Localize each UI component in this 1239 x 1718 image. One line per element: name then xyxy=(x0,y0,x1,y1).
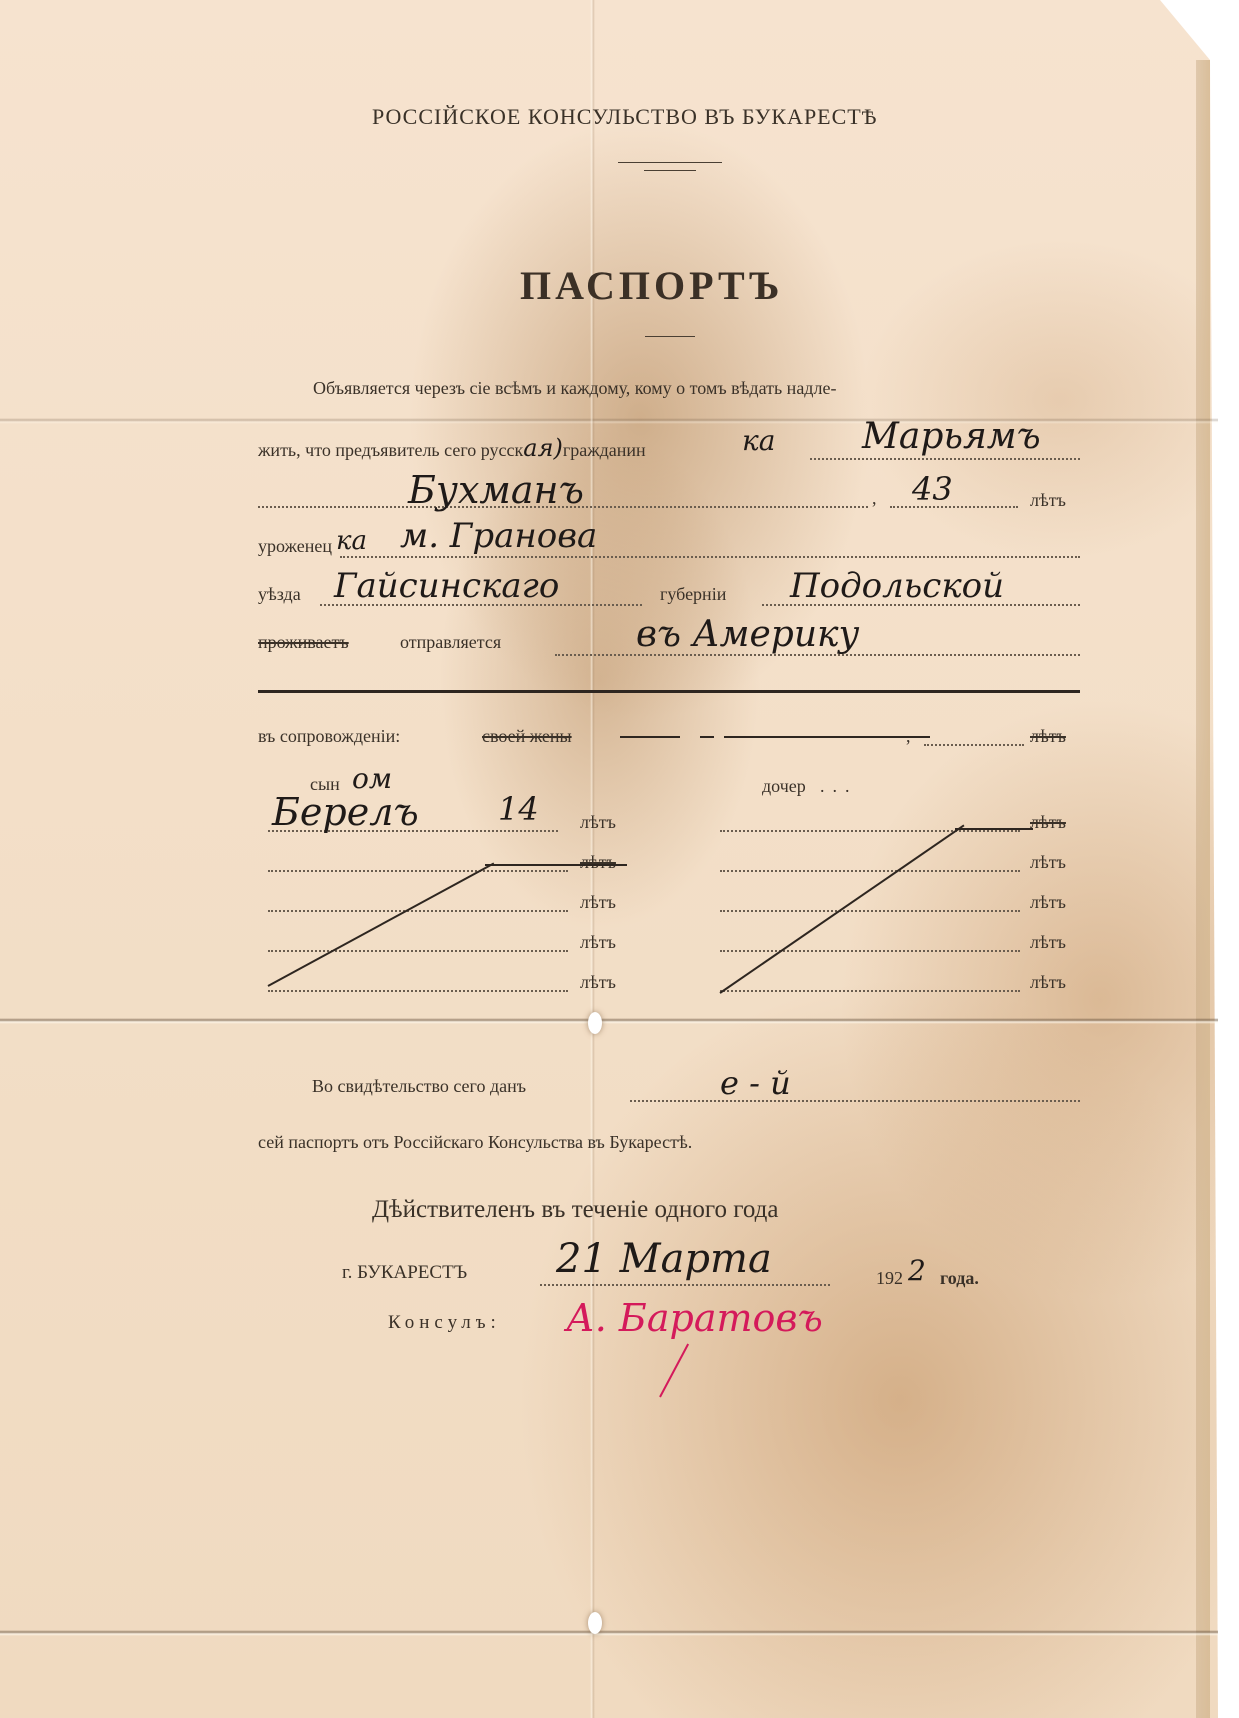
daughter-age-unit: лѣтъ xyxy=(1030,812,1066,833)
fold-hole-lower xyxy=(588,1612,602,1634)
year-prefix: 192 xyxy=(876,1268,903,1289)
comma: , xyxy=(906,726,911,747)
son-age-unit: лѣтъ xyxy=(580,892,616,913)
sons-cancel-line-top xyxy=(485,864,627,866)
comma: , xyxy=(872,488,877,509)
daughter-row-line xyxy=(720,830,1020,832)
daughter-age-unit: лѣтъ xyxy=(1030,972,1066,993)
age-unit: лѣтъ xyxy=(1030,490,1066,511)
gubernia-label: губерніи xyxy=(660,584,726,605)
bearer-gender-suffix: ка xyxy=(742,424,775,457)
wife-struck: своей жены xyxy=(482,726,572,747)
wife-age-unit: лѣтъ xyxy=(1030,726,1066,747)
daughter-row-line xyxy=(720,910,1020,912)
header-rule xyxy=(618,162,722,163)
citizen-suffix: ая) xyxy=(523,434,563,462)
native-place: м. Гранова xyxy=(400,516,597,556)
uezd-label: уѣзда xyxy=(258,584,301,605)
place: г. БУКАРЕСТЪ xyxy=(342,1262,467,1284)
consulate-header: РОССІЙСКОЕ КОНСУЛЬСТВО ВЪ БУКАРЕСТѢ xyxy=(372,104,878,130)
header-rule-short xyxy=(644,170,696,171)
gubernia-value: Подольской xyxy=(790,566,1004,606)
consul-signature: А. Баратовъ xyxy=(566,1296,823,1340)
intro-line-2-text: жить, что предъявитель сего русск xyxy=(258,440,523,460)
son-age-unit: лѣтъ xyxy=(580,812,616,833)
attestation-field-line xyxy=(630,1100,1080,1102)
first-name-field-line xyxy=(810,458,1080,460)
document-title: ПАСПОРТЪ xyxy=(520,262,783,309)
uezd-value: Гайсинскаго xyxy=(334,566,559,606)
fold-hole xyxy=(588,1012,602,1034)
intro-line-1: Объявляется черезъ сіе всѣмъ и каждому, … xyxy=(313,378,836,399)
son-row-line xyxy=(268,950,568,952)
date-field-line xyxy=(540,1284,830,1286)
daughter-row-line xyxy=(720,950,1020,952)
native-suffix: ка xyxy=(336,526,367,556)
consul-label: Консулъ: xyxy=(388,1312,501,1334)
son-age-unit: лѣтъ xyxy=(580,932,616,953)
horizontal-fold-lower xyxy=(0,1630,1218,1636)
age-field-line xyxy=(890,506,1018,508)
daughter-age-unit: лѣтъ xyxy=(1030,932,1066,953)
intro-line-2-b: гражданин xyxy=(563,440,646,460)
bearer-age: 43 xyxy=(912,470,953,508)
bearer-last-name: Бухманъ xyxy=(408,468,584,512)
wife-dash xyxy=(620,736,680,738)
year-digit: 2 xyxy=(908,1254,926,1287)
son-row-line xyxy=(268,870,568,872)
son-row-line xyxy=(268,910,568,912)
son-age-unit: лѣтъ xyxy=(580,852,616,873)
year-suffix: года. xyxy=(940,1268,979,1289)
son-name: Берелъ xyxy=(272,790,419,834)
daughter-age-unit: лѣтъ xyxy=(1030,892,1066,913)
departs-label: отправляется xyxy=(400,632,501,653)
daughter-row-line xyxy=(720,990,1020,992)
native-field-line xyxy=(340,556,1080,558)
daughter-label: дочер xyxy=(762,776,806,797)
son-age-unit: лѣтъ xyxy=(580,972,616,993)
wife-age-field-line xyxy=(924,744,1024,746)
validity-statement: Дѣйствителенъ въ теченіе одного года xyxy=(372,1196,778,1224)
wife-dash-2 xyxy=(700,736,714,738)
intro-line-2: жить, что предъявитель сего русская)граж… xyxy=(258,434,646,462)
daughters-cancel-line-top xyxy=(955,828,1033,830)
accompaniment-label: въ сопровожденіи: xyxy=(258,726,400,747)
daughter-row-line xyxy=(720,870,1020,872)
title-rule xyxy=(645,336,695,337)
wife-dash-3 xyxy=(724,736,930,738)
attestation-handwritten: е - й xyxy=(720,1064,791,1102)
daughter-age-unit: лѣтъ xyxy=(1030,852,1066,873)
attestation-line-1: Во свидѣтельство сего данъ xyxy=(312,1076,526,1097)
resides-label-struck: проживаетъ xyxy=(258,632,349,653)
horizontal-fold xyxy=(0,1018,1218,1024)
daughter-dots: ... xyxy=(820,776,858,797)
attestation-line-2: сей паспортъ отъ Россійскаго Консульства… xyxy=(258,1132,692,1153)
native-label: уроженец xyxy=(258,536,332,557)
issue-date: 21 Марта xyxy=(556,1236,772,1282)
destination: въ Америку xyxy=(636,614,859,655)
son-age: 14 xyxy=(498,790,539,828)
son-row-line xyxy=(268,990,568,992)
bearer-first-name: Марьямъ xyxy=(862,416,1041,457)
section-divider xyxy=(258,690,1080,693)
paper-edge xyxy=(1196,60,1210,1718)
